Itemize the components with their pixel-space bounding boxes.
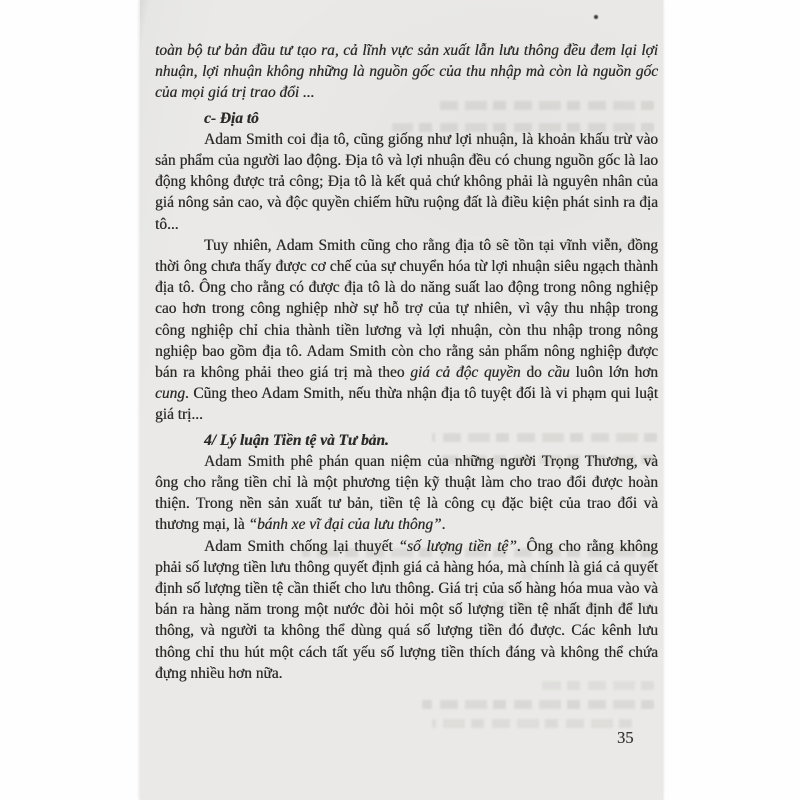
section-heading-dia-to: c- Địa tô [155,108,658,129]
text-run: luôn lớn hơn [570,364,658,381]
text-run: Adam Smith chống lại thuyết [204,538,398,555]
intro-continuation-paragraph: toàn bộ tư bản đầu tư tạo ra, cả lĩnh vự… [155,40,658,104]
text-run: . [442,516,446,533]
paragraph-tien-te-1: Adam Smith phê phán quan niệm của những … [155,451,658,536]
emphasis-run: “số lượng tiền tệ” [398,538,516,555]
emphasis-run: giá cả độc quyền [410,364,520,381]
page-text: toàn bộ tư bản đầu tư tạo ra, cả lĩnh vự… [155,40,658,684]
section-heading-tien-te: 4/ Lý luận Tiền tệ và Tư bản. [155,430,658,451]
ink-speck [594,15,598,19]
book-page: toàn bộ tư bản đầu tư tạo ra, cả lĩnh vự… [140,0,663,800]
text-run: . Ông cho rằng không phải số lượng tiền … [155,538,658,682]
emphasis-run: cầu [548,364,570,381]
show-through-line [432,719,632,728]
page-number: 35 [617,728,657,748]
text-run: Tuy nhiên, Adam Smith cũng cho rằng địa … [155,237,658,381]
text-run: . Cũng theo Adam Smith, nếu thừa nhận đị… [155,385,658,423]
paragraph-dia-to-1: Adam Smith coi địa tô, cũng giống như lợ… [155,129,658,235]
paragraph-tien-te-2: Adam Smith chống lại thuyết “số lượng ti… [155,536,658,684]
paragraph-dia-to-2: Tuy nhiên, Adam Smith cũng cho rằng địa … [155,235,658,426]
text-run: do [521,364,548,381]
show-through-line [422,700,654,709]
emphasis-run: “bánh xe vĩ đại của lưu thông” [248,516,441,533]
emphasis-run: cung [155,385,185,402]
